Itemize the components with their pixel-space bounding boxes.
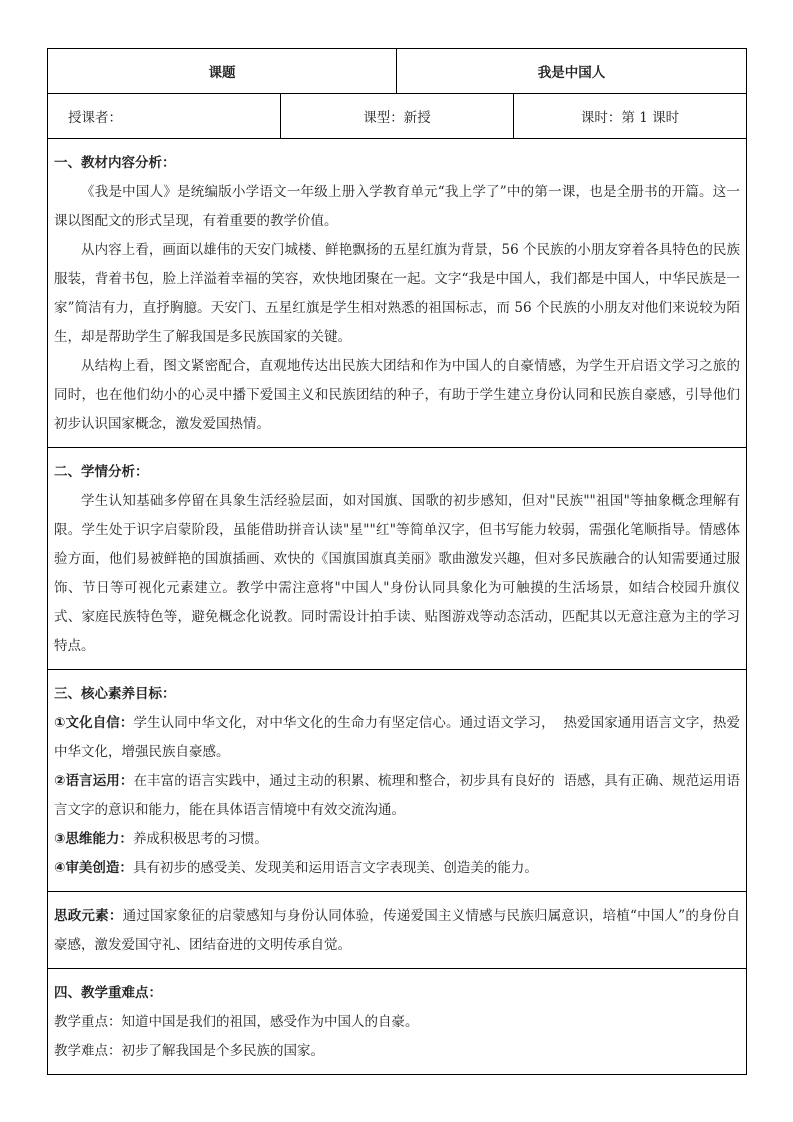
goal-item: ④审美创造：具有初步的感受美、发现美和运用语言文字表现美、创造美的能力。 [54,854,740,883]
lesson-plan-table: 课题 我是中国人 授课者： 课型：新授 课时：第 1 课时 一、教材内容分析： … [47,48,747,1075]
ideology-label: 思政元素： [54,908,123,924]
paragraph: 从结构上看，图文紧密配合，直观地传达出民族大团结和作为中国人的自豪情感，为学生开… [54,352,740,439]
goal-item: ②语言运用：在丰富的语言实践中，通过主动的积累、梳理和整合，初步具有良好的 语感… [54,767,740,825]
goal-label: ①文化自信： [54,715,133,731]
ideology-text: 思政元素：通过国家象征的启蒙感知与身份认同体验，传递爱国主义情感与民族归属意识，… [54,902,740,960]
goal-text: 具有初步的感受美、发现美和运用语言文字表现美、创造美的能力。 [133,860,538,876]
paragraph: 学生认知基础多停留在具象生活经验层面，如对国旗、国歌的初步感知，但对"民族""祖… [54,487,740,661]
teacher-cell: 授课者： [48,94,281,139]
teaching-focus: 教学重点：知道中国是我们的祖国，感受作为中国人的自豪。 [54,1008,740,1037]
goal-label: ②语言运用： [54,773,133,789]
key-points-section: 四、教学重难点： 教学重点：知道中国是我们的祖国，感受作为中国人的自豪。 教学难… [48,969,747,1075]
title-row: 课题 我是中国人 [48,49,747,94]
paragraph: 从内容上看，画面以雄伟的天安门城楼、鲜艳飘扬的五星红旗为背景，56 个民族的小朋… [54,236,740,352]
lesson-hours-cell: 课时：第 1 课时 [514,94,747,139]
core-goals-row: 三、核心素养目标： ①文化自信：学生认同中华文化，对中华文化的生命力有坚定信心。… [48,670,747,892]
key-points-row: 四、教学重难点： 教学重点：知道中国是我们的祖国，感受作为中国人的自豪。 教学难… [48,969,747,1075]
student-analysis-section: 二、学情分析： 学生认知基础多停留在具象生活经验层面，如对国旗、国歌的初步感知，… [48,448,747,670]
title-label-cell: 课题 [48,49,397,94]
lesson-title: 我是中国人 [538,65,606,81]
goal-label: ③思维能力： [54,831,133,847]
ideology-section: 思政元素：通过国家象征的启蒙感知与身份认同体验，传递爱国主义情感与民族归属意识，… [48,892,747,969]
teaching-difficulty: 教学难点：初步了解我国是个多民族的国家。 [54,1037,740,1066]
lesson-type: 课型：新授 [363,110,431,126]
title-value-cell: 我是中国人 [397,49,747,94]
goal-text: 养成积极思考的习惯。 [133,831,268,847]
goal-label: ④审美创造： [54,860,133,876]
lesson-hours: 课时：第 1 课时 [581,110,679,126]
paragraph: 《我是中国人》是统编版小学语文一年级上册入学教育单元“我上学了”中的第一课，也是… [54,178,740,236]
textbook-analysis-row: 一、教材内容分析： 《我是中国人》是统编版小学语文一年级上册入学教育单元“我上学… [48,139,747,448]
ideology-body: 通过国家象征的启蒙感知与身份认同体验，传递爱国主义情感与民族归属意识，培植“中国… [54,908,740,953]
ideology-row: 思政元素：通过国家象征的启蒙感知与身份认同体验，传递爱国主义情感与民族归属意识，… [48,892,747,969]
section-heading: 一、教材内容分析： [54,149,740,178]
goal-text: 在丰富的语言实践中，通过主动的积累、梳理和整合，初步具有良好的 语感，具有正确、… [54,773,740,818]
textbook-analysis-section: 一、教材内容分析： 《我是中国人》是统编版小学语文一年级上册入学教育单元“我上学… [48,139,747,448]
goal-text: 学生认同中华文化，对中华文化的生命力有坚定信心。通过语文学习， 热爱国家通用语言… [54,715,740,760]
section-heading: 三、核心素养目标： [54,680,740,709]
section-heading: 四、教学重难点： [54,979,740,1008]
title-label: 课题 [209,65,236,81]
meta-row: 授课者： 课型：新授 课时：第 1 课时 [48,94,747,139]
lesson-plan-page: 课题 我是中国人 授课者： 课型：新授 课时：第 1 课时 一、教材内容分析： … [47,48,746,1075]
goal-item: ③思维能力：养成积极思考的习惯。 [54,825,740,854]
core-goals-section: 三、核心素养目标： ①文化自信：学生认同中华文化，对中华文化的生命力有坚定信心。… [48,670,747,892]
section-heading: 二、学情分析： [54,458,740,487]
lesson-type-cell: 课型：新授 [281,94,514,139]
teacher-label: 授课者： [68,110,122,126]
goal-item: ①文化自信：学生认同中华文化，对中华文化的生命力有坚定信心。通过语文学习， 热爱… [54,709,740,767]
student-analysis-row: 二、学情分析： 学生认知基础多停留在具象生活经验层面，如对国旗、国歌的初步感知，… [48,448,747,670]
